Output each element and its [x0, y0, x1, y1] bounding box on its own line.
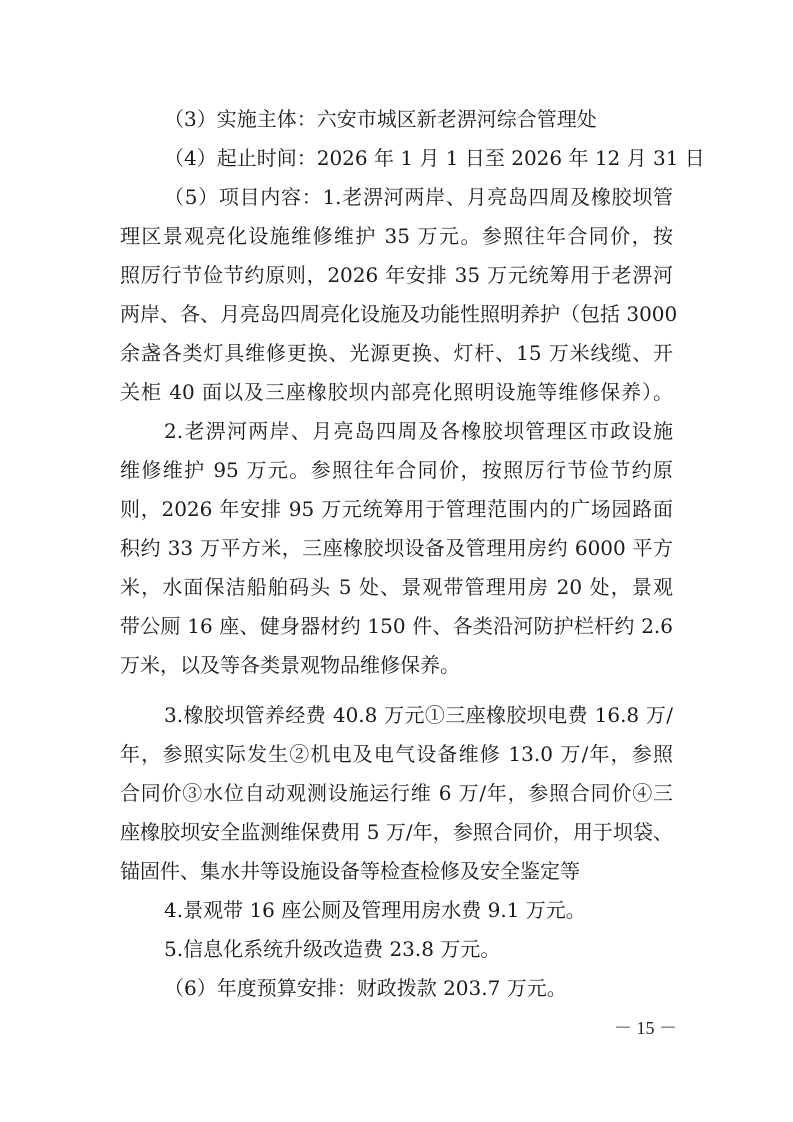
text-line: （6）年度预算安排：财政拨款 203.7 万元。 — [164, 973, 673, 1003]
text-line: 5.信息化系统升级改造费 23.8 万元。 — [164, 934, 673, 964]
text-line: 照厉行节俭节约原则，2026 年安排 35 万元统筹用于老淠河 — [120, 260, 673, 290]
text-line: 合同价③水位自动观测设施运行维 6 万/年，参照合同价④三 — [120, 778, 673, 808]
text-line: 4.景观带 16 座公厕及管理用房水费 9.1 万元。 — [164, 895, 673, 925]
text-line: 年，参照实际发生②机电及电气设备维修 13.0 万/年，参照 — [120, 739, 673, 769]
text-line: 万米，以及等各类景观物品维修保养。 — [120, 650, 673, 680]
text-line: 则，2026 年安排 95 万元统筹用于管理范围内的广场园路面 — [120, 494, 673, 524]
document-page: （3）实施主体：六安市城区新老淠河综合管理处（4）起止时间：2026 年 1 月… — [0, 0, 793, 1122]
text-line: 两岸、各、月亮岛四周亮化设施及功能性照明养护（包括 3000 — [120, 299, 673, 329]
text-line: 积约 33 万平方米，三座橡胶坝设备及管理用房约 6000 平方 — [120, 533, 673, 563]
text-line: 3.橡胶坝管养经费 40.8 万元①三座橡胶坝电费 16.8 万/ — [164, 700, 673, 730]
text-line: 理区景观亮化设施维修维护 35 万元。参照往年合同价，按 — [120, 221, 673, 251]
text-line: 米，水面保洁船舶码头 5 处、景观带管理用房 20 处，景观 — [120, 572, 673, 602]
text-line: 锚固件、集水井等设施设备等检查检修及安全鉴定等 — [120, 856, 673, 886]
text-line: 带公厕 16 座、健身器材约 150 件、各类沿河防护栏杆约 2.6 — [120, 611, 673, 641]
text-line: 座橡胶坝安全监测维保费用 5 万/年，参照合同价，用于坝袋、 — [120, 817, 673, 847]
text-line: 维修维护 95 万元。参照往年合同价，按照厉行节俭节约原 — [120, 455, 673, 485]
text-line: 关柜 40 面以及三座橡胶坝内部亮化照明设施等维修保养）。 — [120, 377, 673, 407]
text-line: 余盏各类灯具维修更换、光源更换、灯杆、15 万米线缆、开 — [120, 338, 673, 368]
page-number: － 15 － — [614, 1016, 677, 1040]
text-line: （4）起止时间：2026 年 1 月 1 日至 2026 年 12 月 31 日 — [164, 143, 673, 173]
text-line: 2.老淠河两岸、月亮岛四周及各橡胶坝管理区市政设施 — [164, 416, 673, 446]
text-line: （5）项目内容：1.老淠河两岸、月亮岛四周及橡胶坝管 — [164, 182, 673, 212]
text-line: （3）实施主体：六安市城区新老淠河综合管理处 — [164, 104, 673, 134]
